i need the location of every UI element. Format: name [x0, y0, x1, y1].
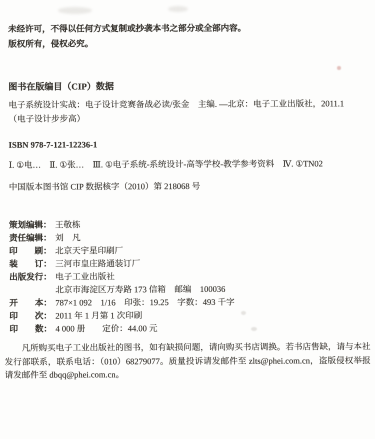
row-value: 4 000 册 定价：44.00 元 — [55, 322, 157, 335]
service-notice-paragraph: 凡所购买电子工业出版社的图书，如有缺损问题，请向购买书店调换。若书店售缺，请与本… — [5, 340, 371, 382]
row-label: 出版发行： — [9, 271, 55, 284]
row-label: 开 本： — [9, 297, 55, 310]
copyright-notice: 未经许可，不得以任何方式复制或抄袭本书之部分或全部内容。 版权所有，侵权必究。 — [8, 21, 246, 52]
row-label: 装 订： — [9, 258, 55, 271]
row-label: 策划编辑： — [9, 219, 55, 232]
row-value: 北京天宇星印刷厂 — [55, 244, 123, 257]
cip-series-line: （电子设计步步高） — [9, 112, 86, 125]
row-value: 电子工业出版社 — [55, 270, 115, 283]
row-label — [9, 284, 55, 297]
page-content: 未经许可，不得以任何方式复制或抄袭本书之部分或全部内容。 版权所有，侵权必究。 … — [0, 0, 375, 439]
row-value: 2011 年 1 月第 1 次印刷 — [55, 309, 142, 322]
row-label: 印 数： — [9, 323, 55, 336]
row-label: 印 刷： — [9, 245, 55, 258]
notice-line-2: 版权所有，侵权必究。 — [8, 36, 246, 52]
row-value: 三河市皇庄路通装订厂 — [55, 257, 140, 270]
colophon: 策划编辑： 王敬栋 责任编辑： 刘 凡 印 刷： 北京天宇星印刷厂 装 订： 三… — [9, 217, 370, 336]
colophon-row-copies-price: 印 数： 4 000 册 定价：44.00 元 — [9, 321, 369, 336]
row-label: 印 次： — [9, 310, 55, 323]
copyright-page: 未经许可，不得以任何方式复制或抄袭本书之部分或全部内容。 版权所有，侵权必究。 … — [0, 0, 375, 439]
row-label: 责任编辑： — [9, 232, 55, 245]
row-value: 王敬栋 — [55, 218, 81, 231]
classification-line: Ⅰ. ①电… Ⅱ. ①张… Ⅲ. ①电子系统-系统设计-高等学校-教学参考资料 … — [9, 157, 323, 171]
cip-title-line: 电子系统设计实战：电子设计竞赛备战必读/张金 主编. —北京：电子工业出版社，2… — [8, 97, 344, 111]
row-value: 787×1 092 1/16 印张：19.25 字数：493 千字 — [55, 296, 234, 310]
cip-heading: 图书在版编目（CIP）数据 — [8, 80, 114, 93]
isbn-line: ISBN 978-7-121-12236-1 — [9, 138, 98, 151]
notice-line-1: 未经许可，不得以任何方式复制或抄袭本书之部分或全部内容。 — [8, 21, 246, 37]
row-value: 刘 凡 — [55, 231, 81, 244]
cip-record-line: 中国版本图书馆 CIP 数据核字（2010）第 218068 号 — [9, 180, 200, 194]
row-value: 北京市海淀区万寿路 173 信箱 邮编 100036 — [55, 283, 225, 297]
